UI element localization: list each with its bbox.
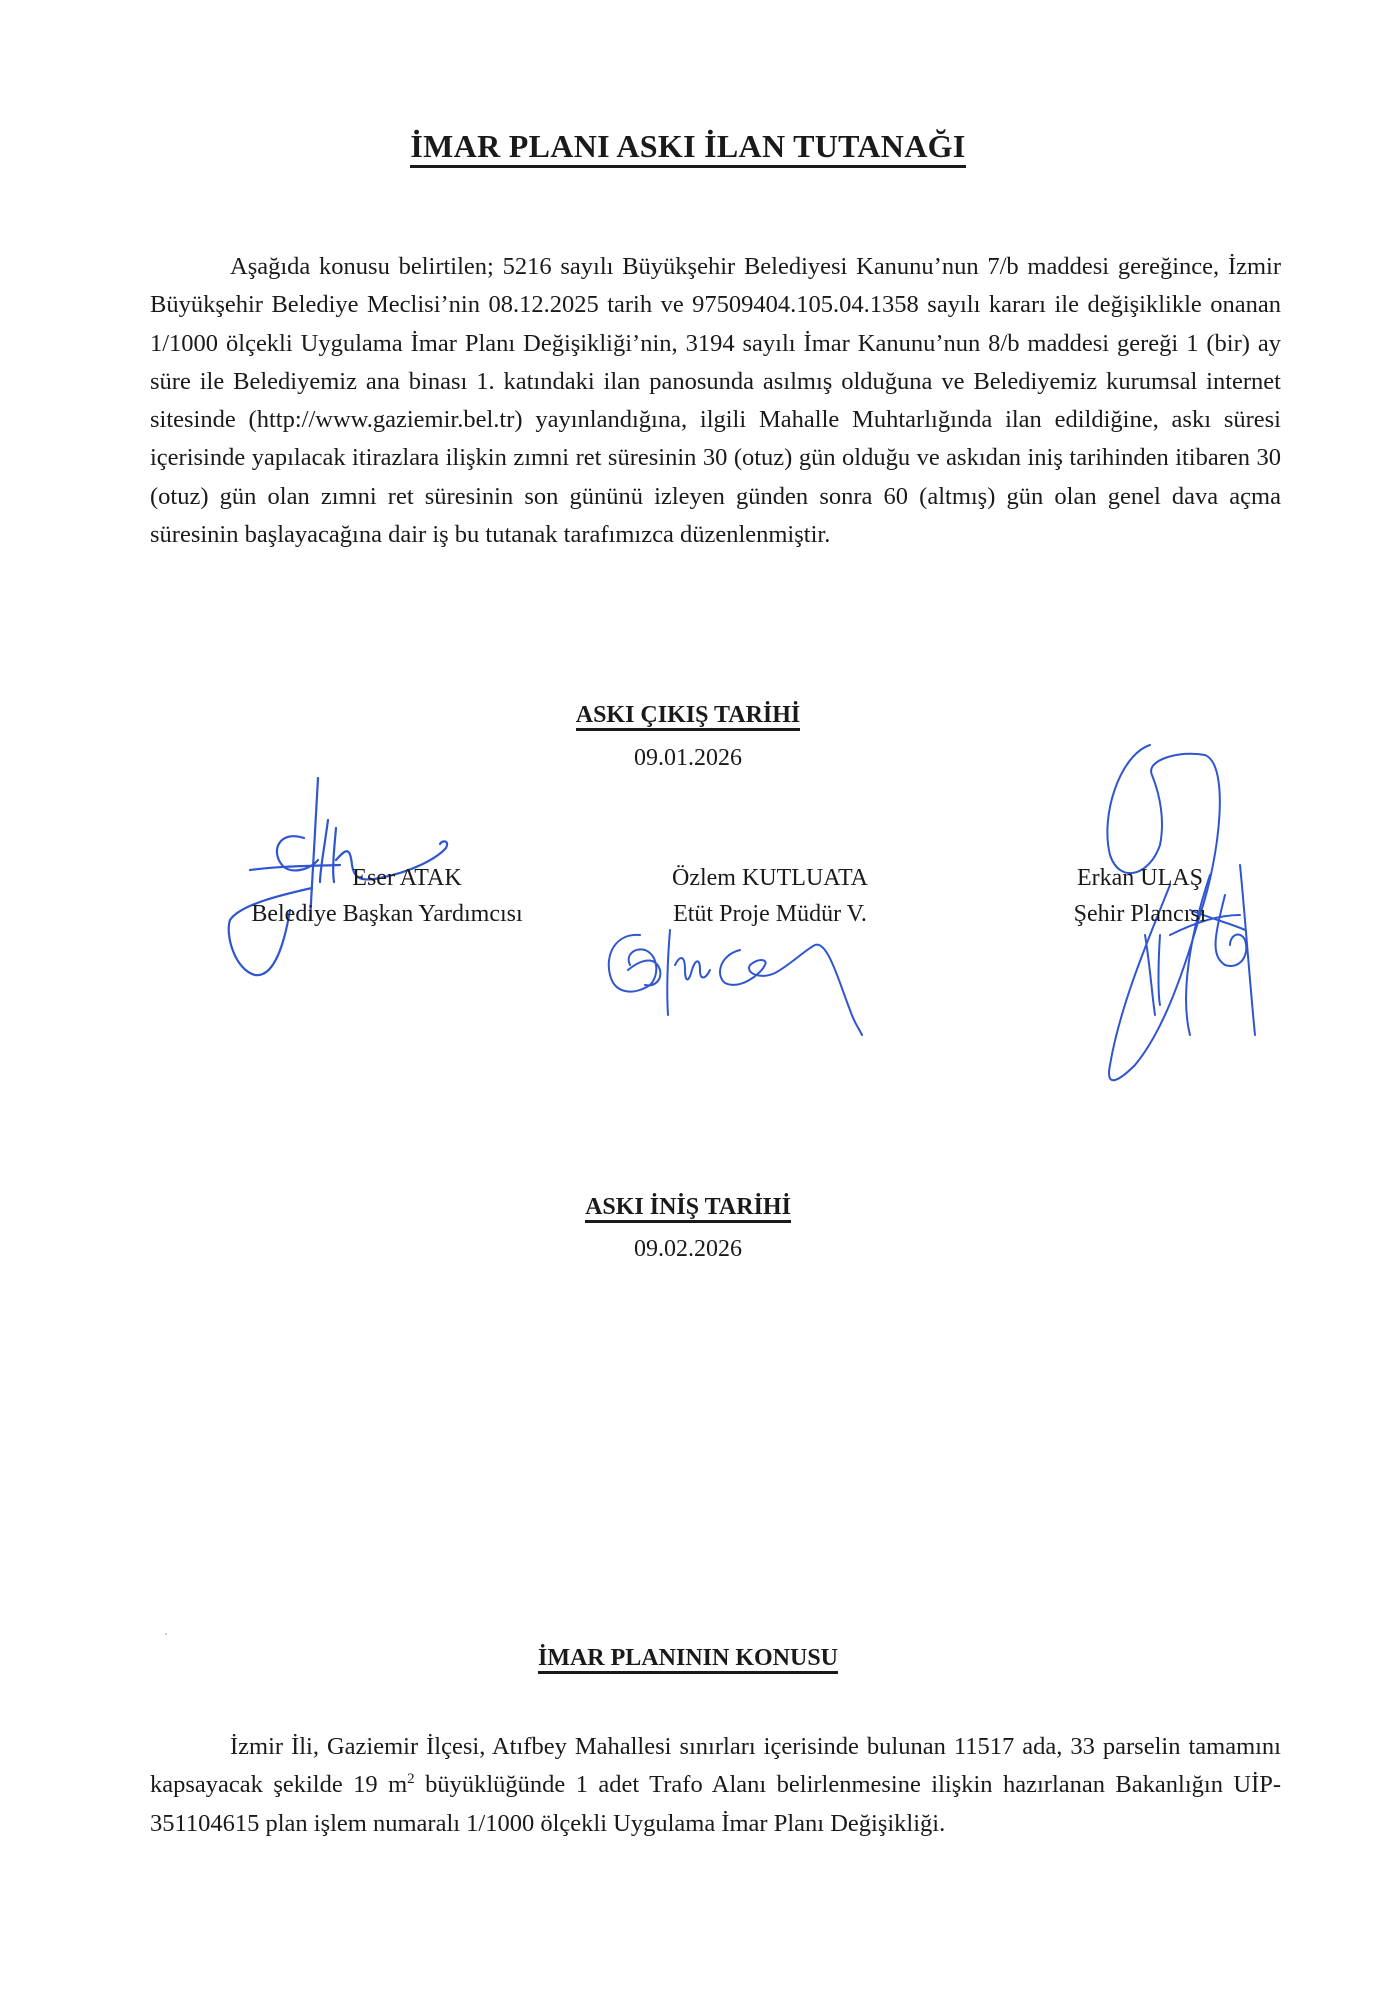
document-title: İMAR PLANI ASKI İLAN TUTANAĞI bbox=[0, 128, 1376, 165]
posting-end-date: 09.02.2026 bbox=[0, 1236, 1376, 1263]
signatory-name: Erkan ULAŞ bbox=[1040, 860, 1240, 896]
signatory-2: Özlem KUTLUATA Etüt Proje Müdür V. bbox=[620, 860, 920, 932]
signatory-1: Eser ATAK Belediye Başkan Yardımcısı bbox=[222, 860, 552, 932]
signatory-role: Belediye Başkan Yardımcısı bbox=[222, 896, 552, 932]
superscript-2: 2 bbox=[407, 1771, 415, 1787]
signatory-name: Eser ATAK bbox=[222, 860, 552, 896]
intro-paragraph: Aşağıda konusu belirtilen; 5216 sayılı B… bbox=[150, 248, 1281, 554]
document-title-text: İMAR PLANI ASKI İLAN TUTANAĞI bbox=[410, 128, 965, 168]
subject-heading-text: İMAR PLANININ KONUSU bbox=[538, 1645, 838, 1674]
scan-speck bbox=[165, 1633, 167, 1635]
signatory-name: Özlem KUTLUATA bbox=[620, 860, 920, 896]
subject-paragraph: İzmir İli, Gaziemir İlçesi, Atıfbey Maha… bbox=[150, 1728, 1281, 1843]
signatory-role: Şehir Plancısı bbox=[1040, 896, 1240, 932]
document-page: İMAR PLANI ASKI İLAN TUTANAĞI Aşağıda ko… bbox=[0, 0, 1376, 2000]
posting-start-label: ASKI ÇIKIŞ TARİHİ bbox=[576, 702, 801, 731]
signature-ozlem-kutluata-icon bbox=[600, 925, 940, 1055]
subject-heading: İMAR PLANININ KONUSU bbox=[0, 1645, 1376, 1672]
posting-end-heading: ASKI İNİŞ TARİHİ bbox=[0, 1194, 1376, 1221]
signatory-3: Erkan ULAŞ Şehir Plancısı bbox=[1040, 860, 1240, 932]
posting-end-label: ASKI İNİŞ TARİHİ bbox=[585, 1194, 791, 1223]
posting-start-heading: ASKI ÇIKIŞ TARİHİ bbox=[0, 702, 1376, 729]
posting-start-date: 09.01.2026 bbox=[0, 745, 1376, 772]
signatory-role: Etüt Proje Müdür V. bbox=[620, 896, 920, 932]
